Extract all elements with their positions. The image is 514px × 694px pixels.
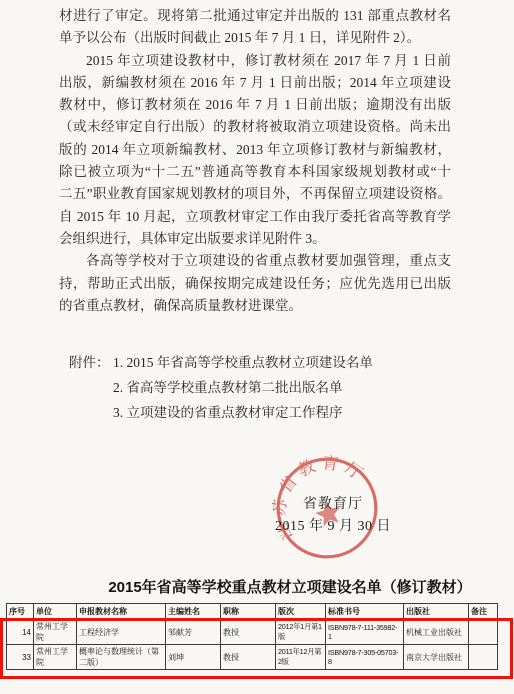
table-header-cell: 序号: [7, 604, 34, 620]
attachment-item: 3. 立项建设的省重点教材审定工作程序: [113, 400, 373, 425]
table-header-cell: 备注: [469, 604, 498, 620]
signer-name: 省教育厅: [303, 493, 363, 513]
body-line: 各高等学校对于立项建设的省重点教材要加强管理，重点支: [59, 250, 451, 272]
body-line: 自 2015 年 10 月起，立项教材审定工作由我厅委托省高等教育学: [59, 206, 451, 228]
attachment-item: 1. 2015 年省高等学校重点教材立项建设名单: [113, 350, 373, 375]
body-line: 持，帮助正式出版，确保按期完成建设任务；应优先选用已出版: [59, 273, 451, 295]
table-header-cell: 申报教材名称: [77, 604, 166, 620]
attachments-label: 附件：: [69, 350, 113, 425]
body-line: 的省重点教材，确保高质量教材进课堂。: [59, 295, 451, 317]
table-header-cell: 单位: [34, 604, 77, 620]
textbook-table: 序号单位申报教材名称主编姓名职称版次标准书号出版社备注 14常州工学院 工程经济…: [6, 603, 498, 670]
table-header-cell: 主编姓名: [166, 604, 221, 620]
body-line: （或未经审定自行出版）的教材将被取消立项建设资格。尚未出: [59, 116, 451, 138]
body-line: 教材中，修订教材须在 2016 年 7 月 1 日前出版；逾期没有出版: [59, 94, 451, 116]
table-header-cell: 职称: [221, 604, 276, 620]
table-header-cell: 标准书号: [326, 604, 404, 620]
body-line: 会组织进行，具体审定出版要求详见附件 3。: [59, 228, 451, 250]
body-line: 2015 年立项建设教材中，修订教材须在 2017 年 7 月 1 日前: [59, 50, 451, 72]
attachments-block: 附件： 1. 2015 年省高等学校重点教材立项建设名单2. 省高等学校重点教材…: [69, 350, 373, 425]
table-header-row: 序号单位申报教材名称主编姓名职称版次标准书号出版社备注: [7, 604, 498, 620]
table-row: 33常州工学院 概率论与数理统计（第二版）刘坤 教授2011年12月第2版 IS…: [7, 645, 498, 670]
document-page: 材进行了审定。现将第二批通过审定并出版的 131 部重点教材名单予以公布（出版时…: [0, 0, 514, 694]
body-line: 出版，新编教材须在 2016 年 7 月 1 日前出版；2014 年立项建设: [59, 72, 451, 94]
table-header-cell: 版次: [276, 604, 326, 620]
table-row: 14常州工学院 工程经济学邹献芳 教授2012年1月第1版 ISBN978-7-…: [7, 620, 498, 645]
table-header-cell: 出版社: [404, 604, 469, 620]
table-body: 14常州工学院 工程经济学邹献芳 教授2012年1月第1版 ISBN978-7-…: [7, 620, 498, 670]
sign-date: 2015 年 9 月 30 日: [275, 515, 391, 535]
body-paragraphs: 材进行了审定。现将第二批通过审定并出版的 131 部重点教材名单予以公布（出版时…: [59, 5, 451, 317]
body-line: 单予以公布（出版时间截止 2015 年 7 月 1 日，详见附件 2）。: [59, 27, 451, 49]
attachments-list: 1. 2015 年省高等学校重点教材立项建设名单2. 省高等学校重点教材第二批出…: [113, 350, 373, 425]
body-line: 除已被立项为“十二五”普通高等教育本科国家级规划教材或“十: [59, 161, 451, 183]
attachment-item: 2. 省高等学校重点教材第二批出版名单: [113, 375, 373, 400]
body-line: 版的 2014 年立项新编教材、2013 年立项修订教材与新编教材，: [59, 139, 451, 161]
table-title: 2015年省高等学校重点教材立项建设名单（修订教材）: [66, 576, 514, 597]
body-line: 材进行了审定。现将第二批通过审定并出版的 131 部重点教材名: [59, 5, 451, 27]
body-line: 二五”职业教育国家规划教材的项目外，不再保留立项建设资格。: [59, 183, 451, 205]
